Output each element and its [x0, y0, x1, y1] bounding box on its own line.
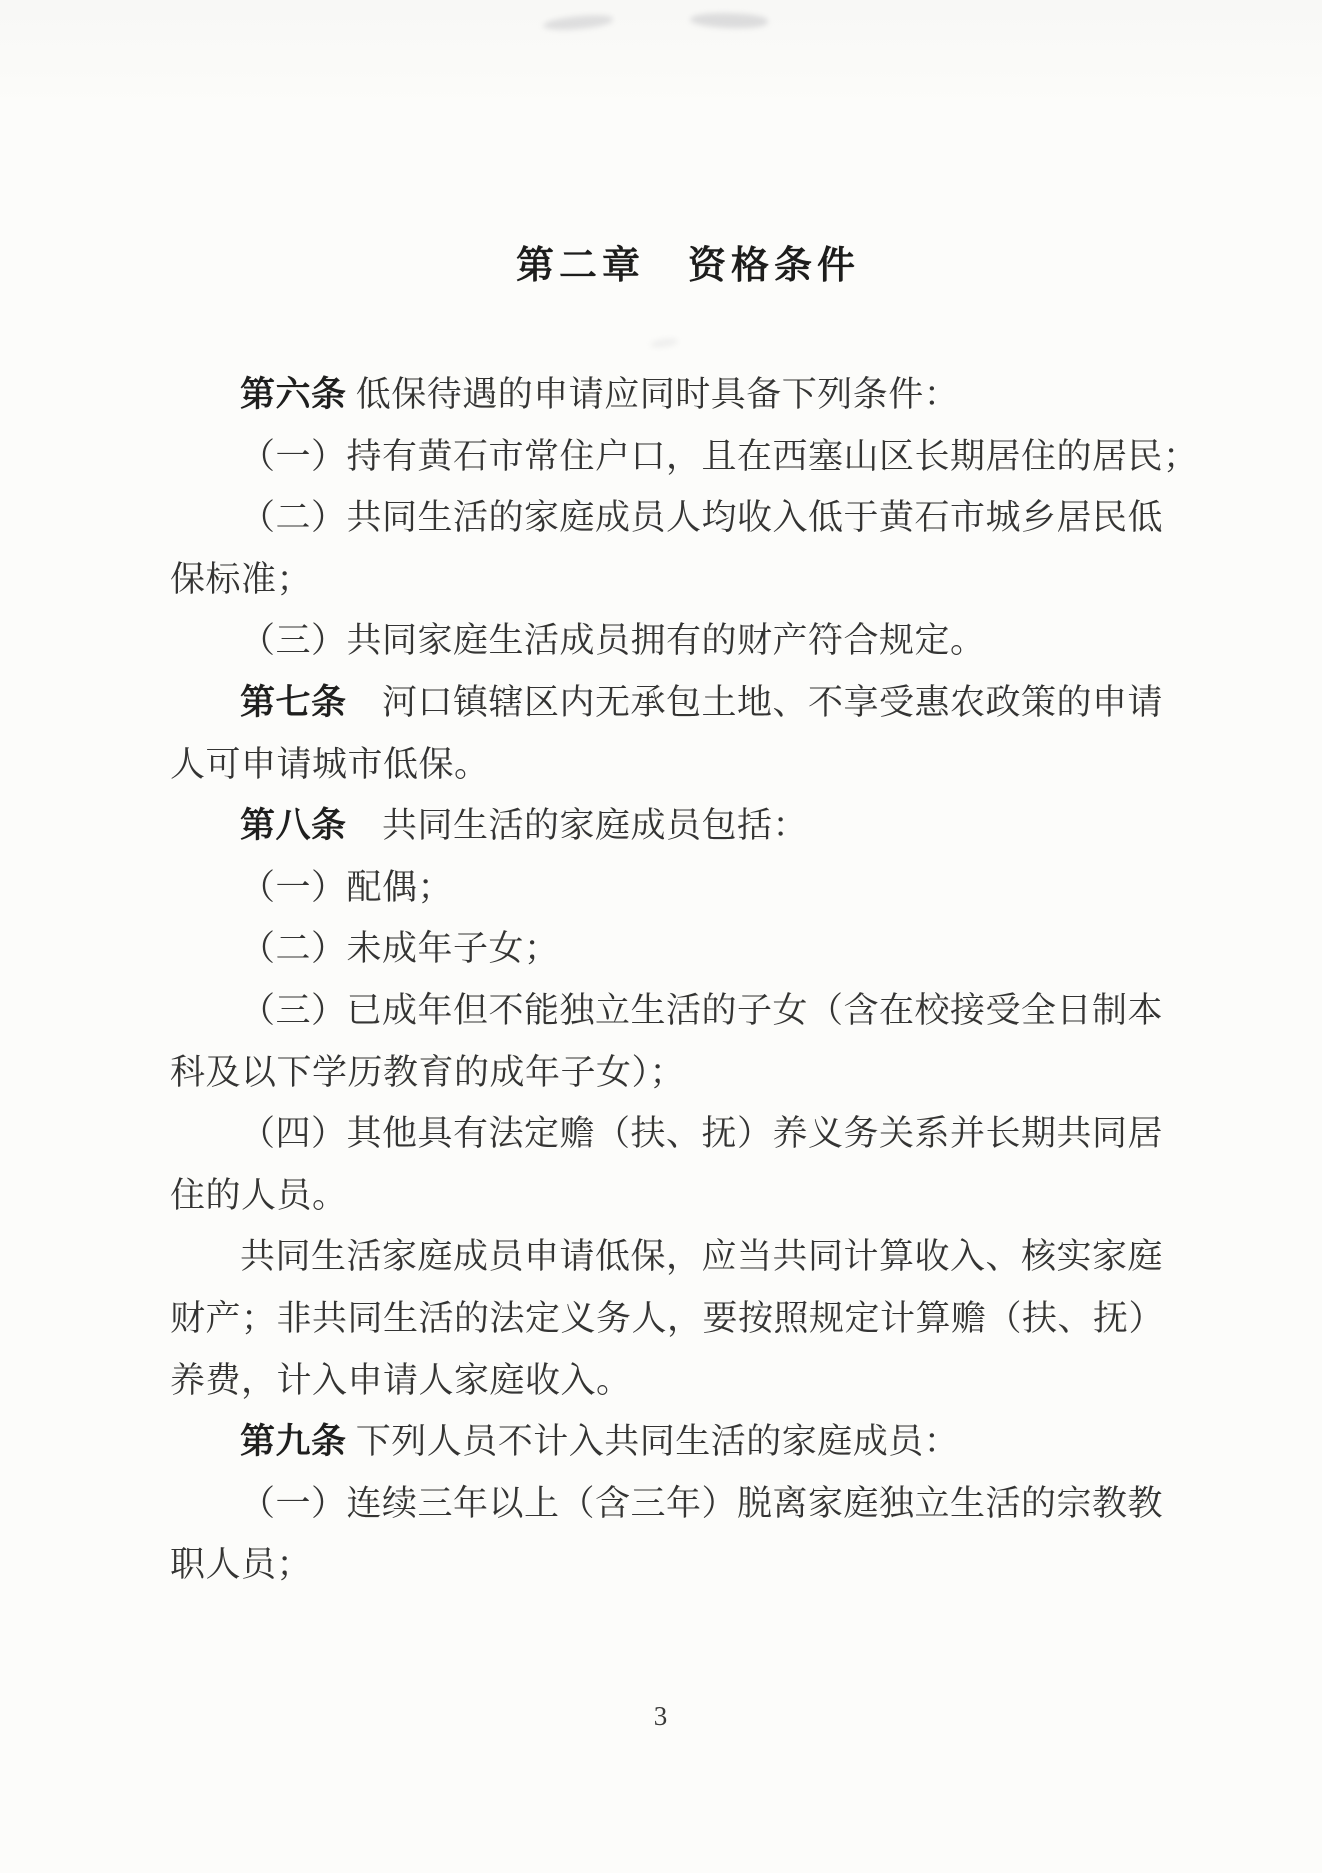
text-line: （三）共同家庭生活成员拥有的财产符合规定。	[170, 610, 1180, 672]
line-text: （一）配偶；	[240, 868, 453, 907]
article-label: 第六条	[240, 375, 347, 414]
text-line: （二）未成年子女；	[170, 918, 1180, 980]
line-text: 养费，计入申请人家庭收入。	[170, 1361, 632, 1400]
text-line: （一）持有黄石市常住户口，且在西塞山区长期居住的居民；	[170, 426, 1180, 488]
text-line: 财产；非共同生活的法定义务人，要按照规定计算赡（扶、抚）	[170, 1288, 1180, 1350]
text-line: （一）配偶；	[170, 857, 1180, 919]
text-line: 第六条 低保待遇的申请应同时具备下列条件：	[170, 364, 1180, 426]
text-line: 保标准；	[170, 549, 1180, 611]
line-text: 财产；非共同生活的法定义务人，要按照规定计算赡（扶、抚）	[170, 1299, 1164, 1338]
text-line: 第七条 河口镇辖区内无承包土地、不享受惠农政策的申请	[170, 672, 1180, 734]
text-line: 住的人员。	[170, 1165, 1180, 1227]
text-line: 职人员；	[170, 1534, 1180, 1596]
line-text: 科及以下学历教育的成年子女）；	[170, 1053, 685, 1092]
page-number: 3	[0, 1701, 1322, 1732]
line-text: （一）持有黄石市常住户口，且在西塞山区长期居住的居民；	[240, 437, 1199, 476]
line-text: （二）未成年子女；	[240, 929, 560, 968]
text-line: （四）其他具有法定赡（扶、抚）养义务关系并长期共同居	[170, 1103, 1180, 1165]
text-line: 第八条 共同生活的家庭成员包括：	[170, 795, 1180, 857]
text-line: （一）连续三年以上（含三年）脱离家庭独立生活的宗教教	[170, 1473, 1180, 1535]
line-text: 共同生活家庭成员申请低保，应当共同计算收入、核实家庭	[240, 1237, 1163, 1276]
text-line: 养费，计入申请人家庭收入。	[170, 1350, 1180, 1412]
text-line: 人可申请城市低保。	[170, 734, 1180, 796]
article-label: 第七条	[240, 683, 347, 722]
text-line: 第九条 下列人员不计入共同生活的家庭成员：	[170, 1411, 1180, 1473]
article-label: 第八条	[240, 806, 347, 845]
line-text: 低保待遇的申请应同时具备下列条件：	[347, 375, 960, 414]
line-text: （三）已成年但不能独立生活的子女（含在校接受全日制本	[240, 991, 1163, 1030]
line-text: 住的人员。	[170, 1176, 348, 1215]
scan-smudge-artifact	[543, 14, 614, 32]
text-line: （二）共同生活的家庭成员人均收入低于黄石市城乡居民低	[170, 487, 1180, 549]
line-text: 职人员；	[170, 1545, 312, 1584]
document-body: 第六条 低保待遇的申请应同时具备下列条件：（一）持有黄石市常住户口，且在西塞山区…	[170, 364, 1180, 1596]
article-label: 第九条	[240, 1422, 347, 1461]
scan-smudge-artifact	[690, 11, 769, 30]
line-text: （四）其他具有法定赡（扶、抚）养义务关系并长期共同居	[240, 1114, 1163, 1153]
line-text: 共同生活的家庭成员包括：	[347, 806, 809, 845]
line-text: 人可申请城市低保。	[170, 745, 490, 784]
text-line: （三）已成年但不能独立生活的子女（含在校接受全日制本	[170, 980, 1180, 1042]
text-line: 共同生活家庭成员申请低保，应当共同计算收入、核实家庭	[170, 1226, 1180, 1288]
line-text: 河口镇辖区内无承包土地、不享受惠农政策的申请	[347, 683, 1164, 722]
line-text: 下列人员不计入共同生活的家庭成员：	[347, 1422, 960, 1461]
line-text: （三）共同家庭生活成员拥有的财产符合规定。	[240, 621, 986, 660]
line-text: 保标准；	[170, 560, 312, 599]
line-text: （一）连续三年以上（含三年）脱离家庭独立生活的宗教教	[240, 1484, 1163, 1523]
text-line: 科及以下学历教育的成年子女）；	[170, 1042, 1180, 1104]
line-text: （二）共同生活的家庭成员人均收入低于黄石市城乡居民低	[240, 498, 1163, 537]
chapter-heading: 第二章 资格条件	[27, 243, 1322, 289]
scanned-document-page: 第二章 资格条件 第六条 低保待遇的申请应同时具备下列条件：（一）持有黄石市常住…	[0, 0, 1322, 1873]
scan-dot-artifact	[650, 338, 679, 349]
